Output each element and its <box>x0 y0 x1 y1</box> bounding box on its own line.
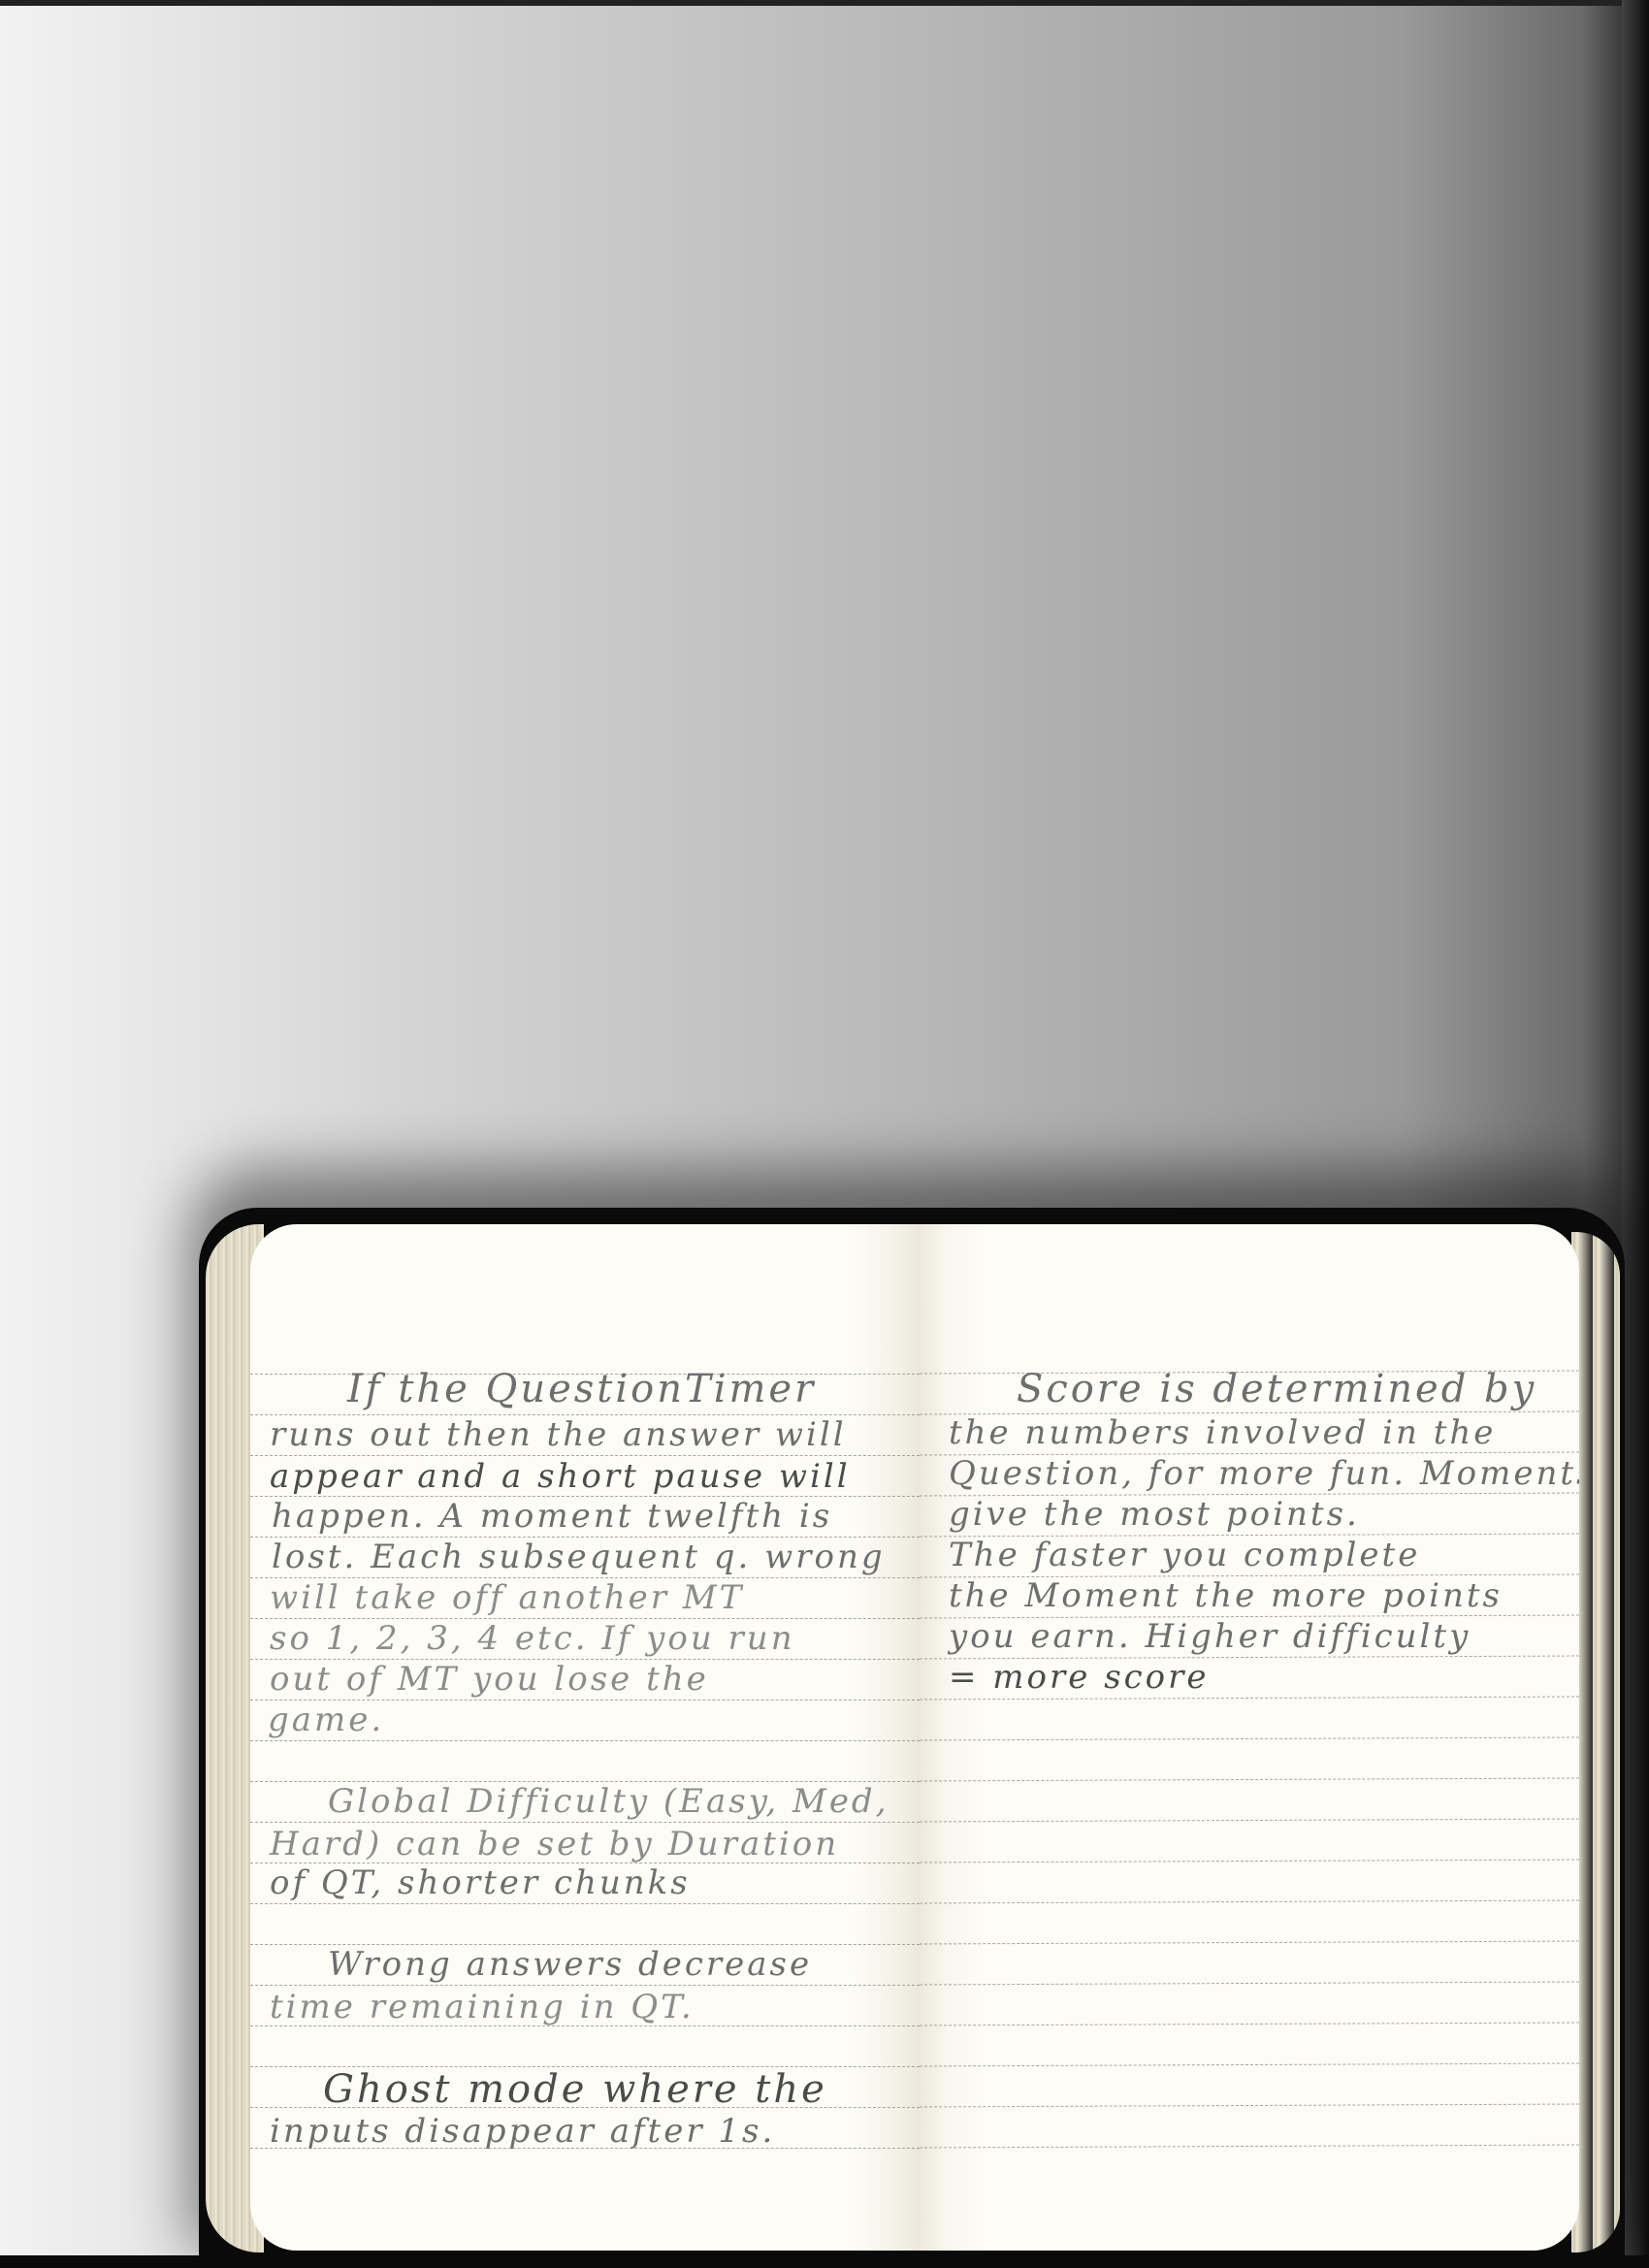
scanner-right-edge <box>1622 0 1649 2268</box>
handwritten-line: appear and a short pause will <box>270 1460 851 1493</box>
notebook-right-page: Score is determined by the numbers invol… <box>920 1224 1579 2251</box>
handwritten-line: happen. A moment twelfth is <box>272 1500 832 1533</box>
rule-line <box>250 1822 920 1823</box>
rule-line <box>920 1819 1579 1823</box>
handwritten-line: out of MT you lose the <box>270 1663 709 1696</box>
rule-line <box>920 1697 1579 1701</box>
rule-line <box>250 1455 920 1456</box>
handwritten-line: = more score <box>949 1661 1210 1694</box>
handwritten-line: you earn. Higher difficulty <box>949 1620 1471 1653</box>
rule-line <box>920 1860 1579 1863</box>
handwritten-line: the Moment the more points <box>949 1579 1503 1612</box>
handwritten-line: give the most points. <box>949 1498 1360 1531</box>
handwritten-line: Ghost mode where the <box>323 2070 827 2109</box>
handwritten-line: Score is determined by <box>1017 1370 1536 1409</box>
rule-line <box>920 1982 1579 1986</box>
handwritten-line: Hard) can be set by Duration <box>270 1828 839 1861</box>
notebook-left-page: If the QuestionTimer runs out then the a… <box>250 1224 920 2251</box>
handwritten-line: of QT, shorter chunks <box>270 1866 691 1899</box>
handwritten-line: so 1, 2, 3, 4 etc. If you run <box>270 1622 795 1655</box>
rule-line <box>920 1900 1579 1904</box>
rule-line <box>920 1941 1579 1945</box>
handwritten-line: Question, for more fun. Moments <box>949 1457 1579 1490</box>
rule-line <box>920 1737 1579 1741</box>
rule-line <box>250 1903 920 1904</box>
scanner-bottom-edge <box>0 2255 1649 2268</box>
handwritten-line: inputs disappear after 1s. <box>270 2115 775 2148</box>
handwritten-line: Global Difficulty (Easy, Med, <box>328 1785 889 1818</box>
rule-line <box>920 2063 1579 2067</box>
handwritten-line: Wrong answers decrease <box>328 1948 812 1981</box>
handwritten-line: the numbers involved in the <box>949 1416 1496 1449</box>
handwritten-line: runs out then the answer will <box>270 1418 847 1451</box>
handwritten-line: The faster you complete <box>949 1539 1420 1571</box>
scanner-top-edge <box>0 0 1649 6</box>
rule-line <box>920 1778 1579 1782</box>
rule-line <box>920 2104 1579 2108</box>
rule-line <box>250 1740 920 1741</box>
rule-line <box>920 2145 1579 2149</box>
rule-line <box>920 2023 1579 2026</box>
handwritten-line: game. <box>268 1703 384 1736</box>
handwritten-line: will take off another MT <box>270 1581 744 1614</box>
handwritten-line: time remaining in QT. <box>270 1991 695 2024</box>
rule-line <box>250 1985 920 1986</box>
handwritten-line: lost. Each subsequent q. wrong <box>272 1540 886 1573</box>
handwritten-line: If the QuestionTimer <box>347 1370 816 1409</box>
